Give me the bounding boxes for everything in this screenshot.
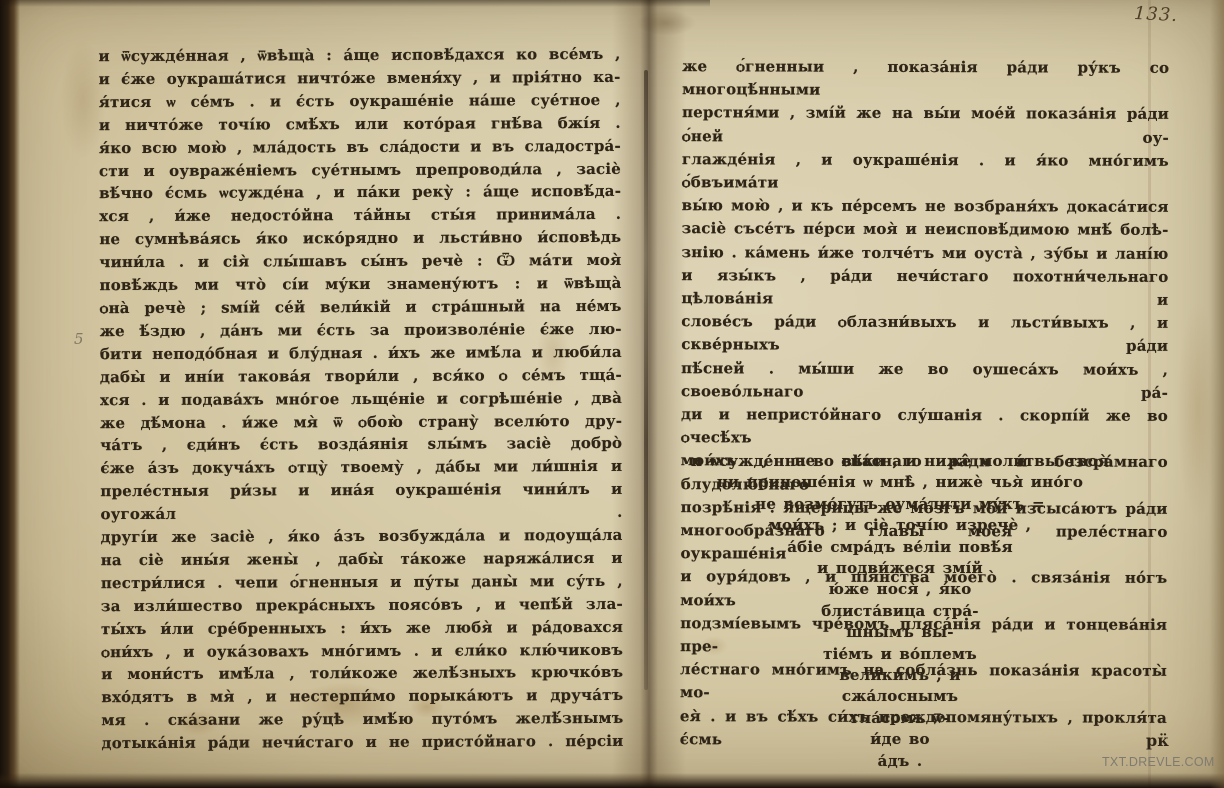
text-line: бити неподо́бная и блу́дная . и́хъ же им…: [100, 341, 622, 366]
text-line: и мони́стъ имѣ́ла , толи́коже желѣ́зныхъ…: [101, 661, 623, 686]
text-line: сти и оувраже́ніемъ суе́тнымъ препроводи…: [99, 157, 621, 182]
page-number: 133.: [1133, 3, 1178, 26]
text-line: и ѿсужде́нная , ѿвѣща̀ : а́ще исповѣ́дах…: [98, 43, 620, 68]
text-line: я́ко всю мою̀ , мла́дость въ сла́дости и…: [99, 134, 621, 159]
text-line: засіѐ съсе́тъ пе́рси моя̀ и неисповѣ́дим…: [682, 218, 1169, 243]
text-line: дотыка́нія ра́ди нечи́стаго и не присто́…: [101, 730, 623, 755]
text-line: вели́кимъ , и: [660, 665, 1140, 686]
left-page-text: и ѿсужде́нная , ѿвѣща̀ : а́ще исповѣ́дах…: [98, 43, 623, 755]
text-line: хся , и́же недосто́йна та́йны сты́я прин…: [99, 203, 621, 228]
text-line: ѻна̀ речѐ ; ѕмі́й се́й вели́кій и стра́ш…: [100, 295, 622, 320]
text-line: є́же а́зъ докуча́хъ ѻтцу̀ твоему̀ , да́б…: [100, 455, 622, 480]
text-line: тіе́мъ и во́племъ: [660, 644, 1140, 665]
right-page-taper-text: и ѡсужде́нна во вѣ́ки , и нижѐ моли́твы …: [660, 451, 1140, 772]
text-line: другі́и же засіѐ , я́ко а́зъ возбужда́ла…: [101, 524, 623, 549]
text-line: вы́ю мою̀ , и къ пе́рсемъ не возбраня́хъ…: [682, 194, 1169, 219]
text-line: повѣ́ждь ми что̀ сі́и му́ки знамену́ютъ …: [99, 272, 621, 297]
book-edge-bottom: [0, 773, 1224, 788]
margin-pencil-mark: 5: [74, 330, 84, 348]
text-line: ѻни́хъ , и оука́зовахъ мно́гимъ . и єли́…: [101, 638, 623, 663]
text-line: мои́хъ ; и сіѐ точі́ю изречѐ ,: [660, 515, 1140, 536]
text-line: перстня́ми , змі́й же на вы́и мое́й пока…: [682, 102, 1169, 150]
text-line: ю́же нося̀ , я́ко: [660, 579, 1140, 600]
text-line: мя . ска́зани же ру́цѣ имѣ́ю путо́мъ жел…: [101, 707, 623, 732]
text-line: дабы̀ и ині́и такова́я твори́ли , вся́ко…: [100, 364, 622, 389]
text-line: ни приноше́нія ѡ мнѣ̀ , нижѐ чья̀ ино́го: [660, 472, 1140, 493]
watermark: TXT.DREVLE.COM: [1102, 755, 1215, 769]
text-line: хся . и подава́хъ мно́гое льще́ніе и сог…: [100, 386, 622, 411]
text-line: пестри́лися . чепи ѻ́гненныя и пу́ты дан…: [101, 570, 623, 595]
text-line: а́дъ .: [660, 751, 1140, 772]
text-line: ты́хъ и́ли сре́бренныхъ : и́хъ же любя̀ …: [101, 616, 623, 641]
text-line: и ничто́же точі́ю смѣ́хъ или кото́рая гн…: [99, 112, 621, 137]
text-line: же ѻ́гненныи , показа́нія ра́ди ру́къ со…: [682, 55, 1169, 103]
text-line: вѣ́чно є́смь ѡсужде́на , и па́ки реку̀ :…: [99, 180, 621, 205]
text-line: а́біе смра́дъ ве́ліи повѣ́я: [660, 537, 1140, 558]
text-line: не возмо́гутъ оума́лити му́къ =: [660, 494, 1140, 515]
text-line: вхо́дятъ в мя̀ , и нестерпи́мо порыка́ют…: [101, 684, 623, 709]
text-line: не сумнѣва́ясь я́ко иско́рядно и льсти́в…: [99, 226, 621, 251]
text-line: и язы́къ , ра́ди нечи́стаго похотни́чель…: [681, 264, 1168, 312]
text-line: шнымъ вы-: [660, 622, 1140, 643]
quire-mark: рк̈: [1146, 731, 1169, 750]
text-line: же дѣ́мона . и́же мя̀ ѿ ѻбою̀ страну̀ вс…: [100, 409, 622, 434]
text-line: и подви́жеся змі́й: [660, 558, 1140, 579]
text-line: глажде́нія , и оукраше́нія . и я́ко мно́…: [682, 148, 1169, 196]
text-line: слове́съ ра́ди ѻблазни́выхъ и льсти́выхъ…: [681, 310, 1168, 358]
text-line: чини́ла . и сія̀ слы́шавъ сы́нъ речѐ : Ѿ…: [99, 249, 621, 274]
book-edge-top: [0, 0, 710, 7]
text-line: я́тися ѡ се́мъ . и є́сть оукраше́ніе на́…: [99, 89, 621, 114]
book-edge-left: [0, 0, 20, 788]
text-line: и ѡсужде́нна во вѣ́ки , и нижѐ моли́твы …: [660, 451, 1140, 472]
manuscript-scan: 133. 5 и ѿсужде́нная , ѿвѣща̀ : а́ще исп…: [0, 0, 1224, 788]
text-line: блиста́вица стра́-: [660, 601, 1140, 622]
text-line: сжа́лоснымъ: [660, 686, 1140, 707]
text-line: за изли́шество прекра́сныхъ поясо́въ , и…: [101, 593, 623, 618]
text-line: же ѣ́здю , да́нъ ми є́сть за произволе́н…: [100, 318, 622, 343]
text-line: преле́стныя ри́зы и ина́я оукраше́нія чи…: [100, 478, 622, 526]
text-line: знію . ка́мень и́же толче́тъ ми оуста̀ ,…: [681, 241, 1168, 266]
text-line: и́де во: [660, 729, 1140, 750]
text-line: на сіѐ ины́я жены̀ , дабы̀ та́коже наряж…: [101, 547, 623, 572]
text-line: пѣ́сней . мы́ши же во оушеса́хъ мои́хъ ,…: [681, 357, 1168, 405]
text-line: ди и непристо́йнаго слу́шанія . скорпі́й…: [681, 403, 1168, 451]
book-edge-right: [1210, 0, 1224, 788]
text-line: ча́тъ , єди́нъ є́сть возда́янія ѕлы́мъ з…: [100, 432, 622, 457]
text-line: гла́сомъ ѿ-: [660, 708, 1140, 729]
text-line: и є́же оукраша́тися ничто́же вменя́ху , …: [99, 66, 621, 91]
